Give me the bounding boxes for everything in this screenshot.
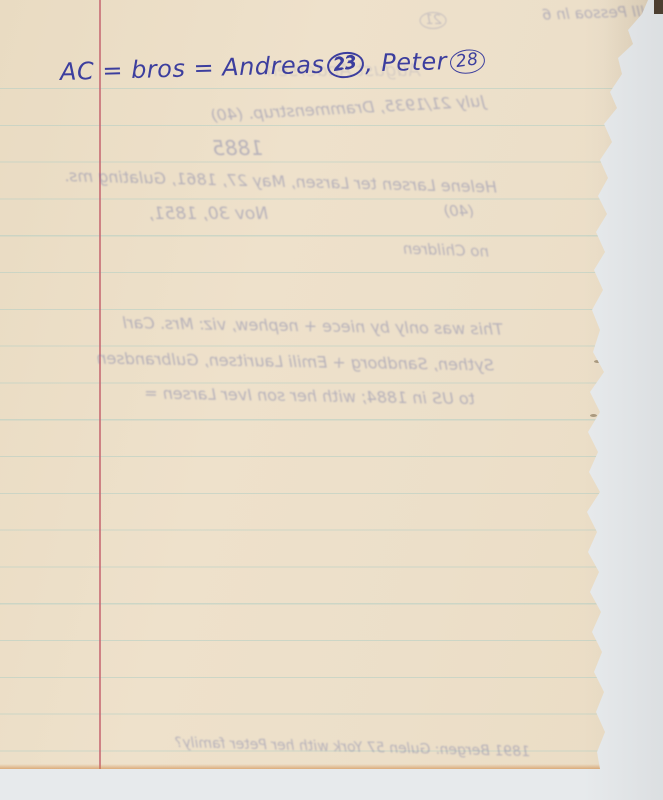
circled-number-ghost: 21: [420, 12, 447, 29]
bleedthrough-year: 1885: [203, 136, 263, 160]
bleedthrough-date2: Nov 30, 1851,: [158, 204, 268, 224]
scan-canvas: III Pessoa ln 6 21 August Andersen July …: [0, 0, 663, 800]
page-bottom-edge: [0, 764, 663, 769]
bleedthrough-header-circled-21: 21: [420, 12, 447, 29]
tear-speck: [590, 414, 597, 417]
bleedthrough-date2-note: (40): [438, 202, 474, 220]
handwritten-note: AC = bros = Andreas23, Peter28: [60, 46, 491, 86]
circled-number-23: 23: [326, 50, 366, 80]
torn-edge-shading: [603, 0, 663, 769]
notebook-paper: III Pessoa ln 6 21 August Andersen July …: [0, 0, 663, 769]
note-text-middle: , Peter: [365, 47, 448, 77]
scanner-corner-artifact: [654, 0, 663, 14]
tear-speck: [593, 430, 600, 433]
circled-number-28: 28: [449, 47, 486, 75]
bleedthrough-no-children: no Children: [394, 239, 490, 260]
tear-speck: [594, 360, 601, 363]
